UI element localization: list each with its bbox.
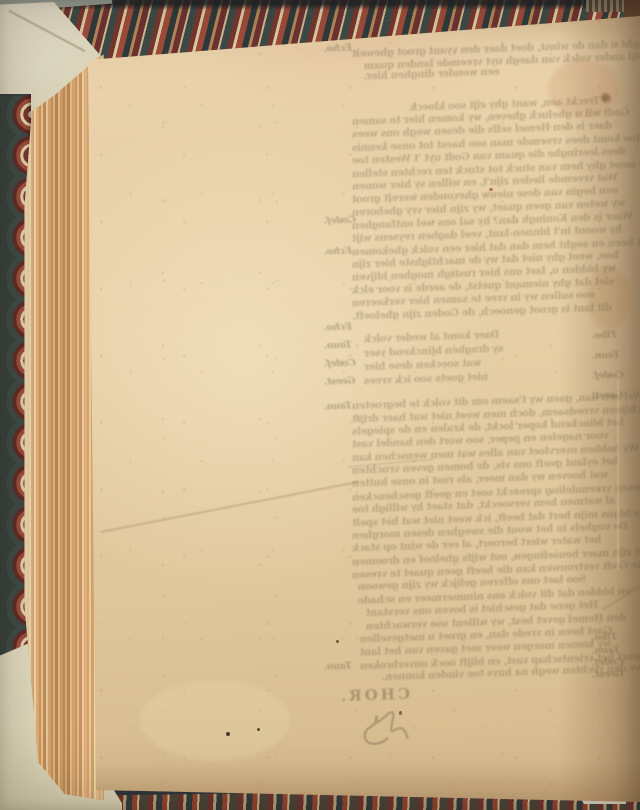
book-photograph: Het I. Deel, het 3. Bedryf, van BATAVIA.… [0, 0, 640, 810]
photo-vignette [0, 0, 640, 810]
